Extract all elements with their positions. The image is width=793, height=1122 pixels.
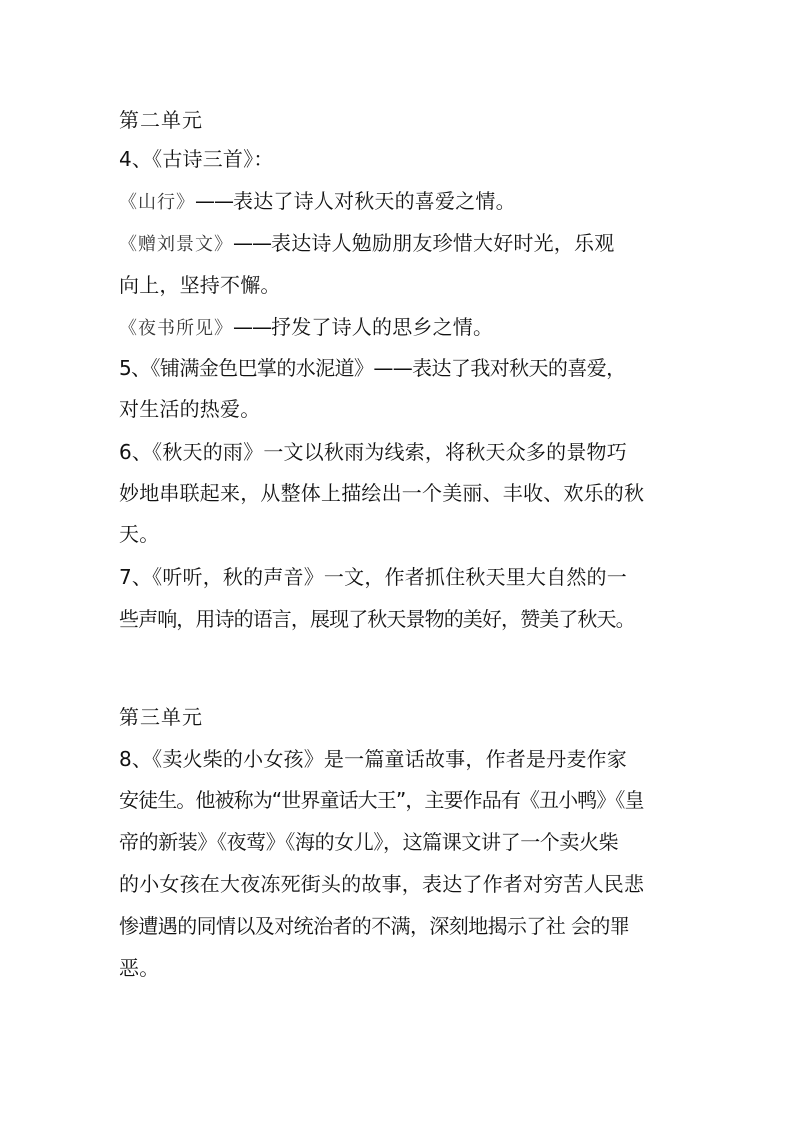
poem-summary: 表达诗人勉励朋友珍惜大好时光，乐观	[271, 231, 614, 255]
item-5-line-2: 对生活的热爱。	[119, 396, 260, 422]
unit-3-title: 第三单元	[119, 704, 203, 730]
item-7-line-1: 7、《听听，秋的声音》一文，作者抓住秋天里大自然的一	[119, 564, 627, 590]
em-dash: ——	[233, 315, 271, 339]
item-8-line-4: 的小女孩在大夜冻死街头的故事，表达了作者对穷苦人民悲	[119, 871, 644, 897]
poem-title: 《夜书所见》	[119, 318, 233, 339]
item-8-line-5: 惨遭遇的同情以及对统治者的不满，深刻地揭示了社 会的罪	[119, 913, 629, 939]
item-8-line-6: 恶。	[119, 955, 159, 981]
item-8-line-1: 8、《卖火柴的小女孩》是一篇童话故事，作者是丹麦作家	[119, 746, 627, 772]
poem-line-zengliujingwen: 《赠刘景文》——表达诗人勉励朋友珍惜大好时光，乐观	[119, 230, 614, 258]
em-dash: ——	[233, 231, 271, 255]
item-6-line-3: 天。	[119, 521, 159, 547]
poem-title: 《山行》	[119, 192, 195, 213]
item-7-line-2: 些声响，用诗的语言，展现了秋天景物的美好，赞美了秋天。	[119, 606, 635, 632]
item-8-line-3: 帝的新装》《夜莺》《海的女儿》，这篇课文讲了一个卖火柴	[119, 829, 618, 855]
poem-summary: 抒发了诗人的思乡之情。	[271, 315, 493, 339]
poem-summary: 表达了诗人对秋天的喜爱之情。	[233, 189, 516, 213]
poem-title: 《赠刘景文》	[119, 234, 233, 255]
em-dash: ——	[195, 189, 233, 213]
poem-line-shanxing: 《山行》——表达了诗人对秋天的喜爱之情。	[119, 188, 516, 216]
item-6-line-2: 妙地串联起来，从整体上描绘出一个美丽、丰收、欢乐的秋	[119, 480, 644, 506]
item-6-line-1: 6、《秋天的雨》一文以秋雨为线索，将秋天众多的景物巧	[119, 439, 627, 465]
item-8-line-2: 安徒生。他被称为“世界童话大王”，主要作品有《丑小鸭》《皇	[119, 787, 644, 813]
text-line: 向上，坚持不懈。	[119, 272, 281, 298]
unit-2-title: 第二单元	[119, 107, 203, 133]
item-4-heading: 4、《古诗三首》：	[119, 146, 274, 172]
item-5-line-1: 5、《铺满金色巴掌的水泥道》——表达了我对秋天的喜爱，	[119, 355, 626, 381]
poem-line-yeshusuojian: 《夜书所见》——抒发了诗人的思乡之情。	[119, 314, 493, 342]
